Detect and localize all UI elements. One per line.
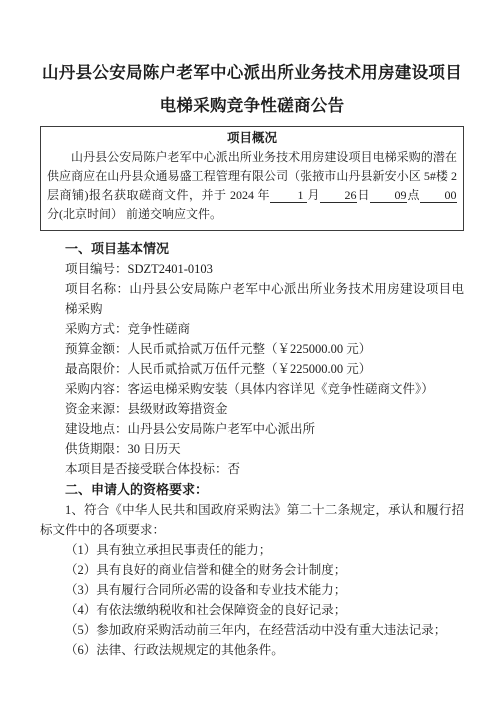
overview-paragraph: 山丹县公安局陈户老军中心派出所业务技术用房建设项目电梯采购的潜在供应商应在山丹县… [47, 148, 457, 224]
section1-heading: 一、项目基本情况 [40, 238, 464, 259]
document-title: 山丹县公安局陈户老军中心派出所业务技术用房建设项目电梯采购竞争性磋商公告 [40, 56, 464, 122]
requirement-item-2: （2）具有良好的商业信誉和健全的财务会计制度； [40, 560, 464, 580]
overview-header: 项目概况 [47, 129, 457, 148]
field-project-name: 项目名称：山丹县公安局陈户老军中心派出所业务技术用房建设项目电梯采购 [40, 279, 464, 319]
deadline-minute-unit: 分 [47, 207, 59, 221]
requirement-item-1: （1）具有独立承担民事责任的能力； [40, 540, 464, 560]
project-overview-box: 项目概况 山丹县公安局陈户老军中心派出所业务技术用房建设项目电梯采购的潜在供应商… [40, 126, 464, 231]
deadline-month-unit: 月 [307, 188, 320, 202]
deadline-hour-unit: 点 [407, 188, 420, 202]
requirement-item-6: （6）法律、行政法规规定的其他条件。 [40, 640, 464, 660]
announcement-page: 山丹县公安局陈户老军中心派出所业务技术用房建设项目电梯采购竞争性磋商公告 项目概… [0, 0, 500, 706]
field-price-ceiling: 最高限价：人民币贰拾贰万伍仟元整（￥225000.00 元） [40, 359, 464, 379]
field-construction-site: 建设地点：山丹县公安局陈户老军中心派出所 [40, 419, 464, 439]
field-consortium-bid: 本项目是否接受联合体投标：否 [40, 459, 464, 479]
qualification-intro: 1、符合《中华人民共和国政府采购法》第二十二条规定，承认和履行招标文件中的各项要… [40, 500, 464, 540]
deadline-minute-blank: 00 [420, 188, 457, 203]
field-delivery-period: 供货期限：30 日历天 [40, 439, 464, 459]
section2-heading: 二、申请人的资格要求： [40, 479, 464, 500]
field-budget-amount: 预算金额：人民币贰拾贰万伍仟元整（￥225000.00 元） [40, 339, 464, 359]
field-procurement-method: 采购方式：竞争性磋商 [40, 319, 464, 339]
deadline-day-unit: 日 [357, 188, 370, 202]
deadline-day-blank: 26 [320, 188, 357, 203]
field-funding-source: 资金来源：县级财政筹措资金 [40, 399, 464, 419]
requirement-item-3: （3）具有履行合同所必需的设备和专业技术能力； [40, 580, 464, 600]
requirement-item-5: （5）参加政府采购活动前三年内，在经营活动中没有重大违法记录； [40, 620, 464, 640]
deadline-suffix-text: (北京时间） 前递交响应文件。 [59, 207, 222, 221]
deadline-month-blank: 1 [270, 188, 307, 203]
field-project-number: 项目编号：SDZT2401-0103 [40, 259, 464, 279]
field-procurement-content: 采购内容：客运电梯采购安装（具体内容详见《竞争性磋商文件》） [40, 379, 464, 399]
requirement-item-4: （4）有依法缴纳税收和社会保障资金的良好记录； [40, 600, 464, 620]
deadline-hour-blank: 09 [370, 188, 407, 203]
